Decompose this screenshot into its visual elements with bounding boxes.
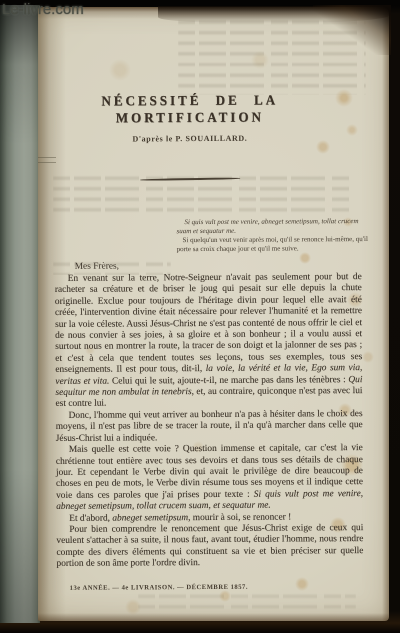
book-gutter bbox=[0, 5, 40, 623]
byline: D'après le P. SOUAILLARD. bbox=[44, 133, 336, 144]
paragraph: En venant sur la terre, Notre-Seigneur n… bbox=[55, 272, 363, 411]
page-content: NÉCESSITÉ DE LA MORTIFICATION D'après le… bbox=[53, 6, 364, 622]
book-page: NÉCESSITÉ DE LA MORTIFICATION D'après le… bbox=[38, 7, 389, 621]
paragraph: Donc, l'homme qui veut arriver au bonheu… bbox=[56, 409, 363, 445]
epigraph-latin: Si quis vult post me venire, abneget sem… bbox=[176, 217, 368, 235]
book-photo: NÉCESSITÉ DE LA MORTIFICATION D'après le… bbox=[0, 0, 400, 633]
body-paragraphs: En venant sur la terre, Notre-Seigneur n… bbox=[55, 272, 364, 570]
page-title: NÉCESSITÉ DE LA MORTIFICATION bbox=[44, 91, 336, 127]
site-watermark: Le-livre.com bbox=[2, 1, 84, 18]
epigraph: Si quis vult post me venire, abneget sem… bbox=[176, 217, 368, 254]
divider-rule bbox=[140, 177, 240, 181]
page-footer: 13e ANNÉE. — 4e LIVRAISON. — DÉCEMBRE 18… bbox=[70, 584, 248, 592]
paragraph: Mais quelle est cette voie ? Question im… bbox=[56, 443, 363, 513]
paragraph: Pour bien comprendre le renoncement que … bbox=[56, 523, 363, 570]
salutation: Mes Frères, bbox=[75, 262, 119, 272]
epigraph-french: Si quelqu'un veut venir après moi, qu'il… bbox=[177, 235, 369, 253]
